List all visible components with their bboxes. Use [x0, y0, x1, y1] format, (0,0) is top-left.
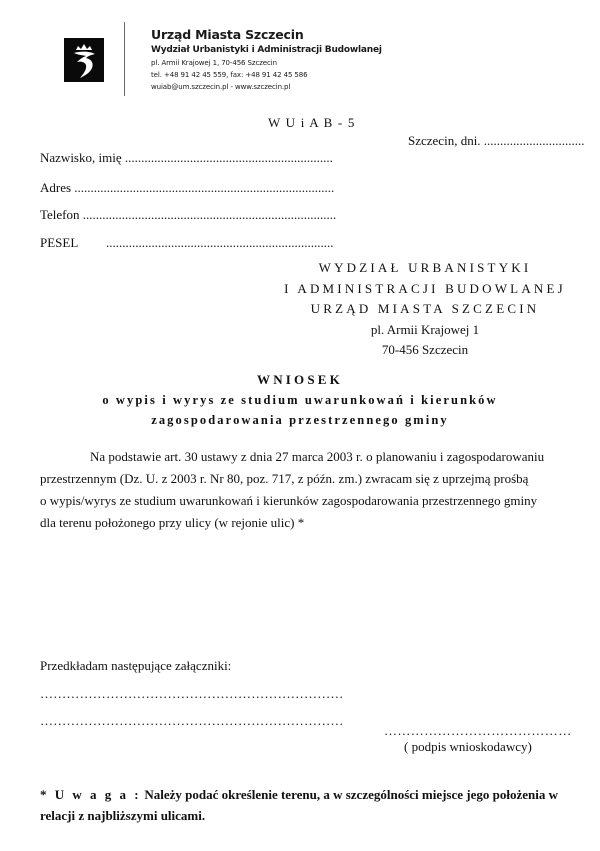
phone-fill-line[interactable]: ........................................… — [80, 207, 337, 222]
attachment-fill-line-2[interactable]: …………………………………………………………… — [40, 713, 344, 729]
document-title: WNIOSEK o wypis i wyrys ze studium uwaru… — [30, 370, 570, 430]
body-line-3: o wypis/wyrys ze studium uwarunkowań i k… — [40, 490, 580, 512]
footnote: * U w a g a : Należy podać określenie te… — [40, 784, 580, 826]
title-sub-2: zagospodarowania przestrzennego gminy — [30, 410, 570, 430]
attachment-fill-line-1[interactable]: …………………………………………………………… — [40, 686, 344, 702]
addressee-line-4: pl. Armii Krajowej 1 — [280, 320, 570, 341]
addressee-line-1: WYDZIAŁ URBANISTYKI — [280, 258, 570, 279]
phone-label: Telefon — [40, 207, 80, 222]
name-label: Nazwisko, imię — [40, 150, 122, 165]
attachments-label: Przedkładam następujące załączniki: — [40, 658, 231, 674]
pesel-fill-line[interactable]: ........................................… — [106, 235, 334, 251]
footnote-prefix: * U w a g a : — [40, 787, 141, 802]
griffin-crown-icon — [64, 38, 104, 82]
addressee-block: WYDZIAŁ URBANISTYKI I ADMINISTRACJI BUDO… — [280, 258, 570, 361]
department-name: Wydział Urbanistyki i Administracji Budo… — [151, 43, 382, 57]
org-name: Urząd Miasta Szczecin — [151, 27, 382, 43]
request-body: Na podstawie art. 30 ustawy z dnia 27 ma… — [40, 446, 580, 534]
body-line-4: dla terenu położonego przy ulicy (w rejo… — [40, 512, 580, 534]
address-fill-line[interactable]: ........................................… — [71, 180, 334, 195]
addressee-line-5: 70-456 Szczecin — [280, 340, 570, 361]
form-code: W U i A B - 5 — [268, 115, 356, 131]
title-sub-1: o wypis i wyrys ze studium uwarunkowań i… — [30, 390, 570, 410]
org-phones: tel. +48 91 42 45 559, fax: +48 91 42 45… — [151, 69, 382, 81]
name-field[interactable]: Nazwisko, imię .........................… — [40, 150, 333, 166]
pesel-label: PESEL — [40, 235, 78, 251]
phone-field[interactable]: Telefon ................................… — [40, 207, 336, 223]
date-field[interactable]: Szczecin, dni. .........................… — [408, 133, 585, 149]
address-field[interactable]: Adres ..................................… — [40, 180, 334, 196]
name-fill-line[interactable]: ........................................… — [122, 150, 333, 165]
org-address: pl. Armii Krajowej 1, 70-456 Szczecin — [151, 57, 382, 69]
address-label: Adres — [40, 180, 71, 195]
org-contact: wuiab@um.szczecin.pl - www.szczecin.pl — [151, 81, 382, 93]
body-line-2: przestrzennym (Dz. U. z 2003 r. Nr 80, p… — [40, 468, 580, 490]
signature-fill-line[interactable]: …………………………………… — [384, 723, 572, 739]
header-divider — [124, 22, 125, 96]
city-logo — [64, 38, 104, 82]
addressee-line-3: URZĄD MIASTA SZCZECIN — [280, 299, 570, 320]
title-main: WNIOSEK — [30, 370, 570, 390]
addressee-line-2: I ADMINISTRACJI BUDOWLANEJ — [280, 279, 570, 300]
body-line-1: Na podstawie art. 30 ustawy z dnia 27 ma… — [40, 446, 580, 468]
letterhead: Urząd Miasta Szczecin Wydział Urbanistyk… — [151, 27, 382, 93]
signature-label: ( podpis wnioskodawcy) — [404, 739, 532, 755]
